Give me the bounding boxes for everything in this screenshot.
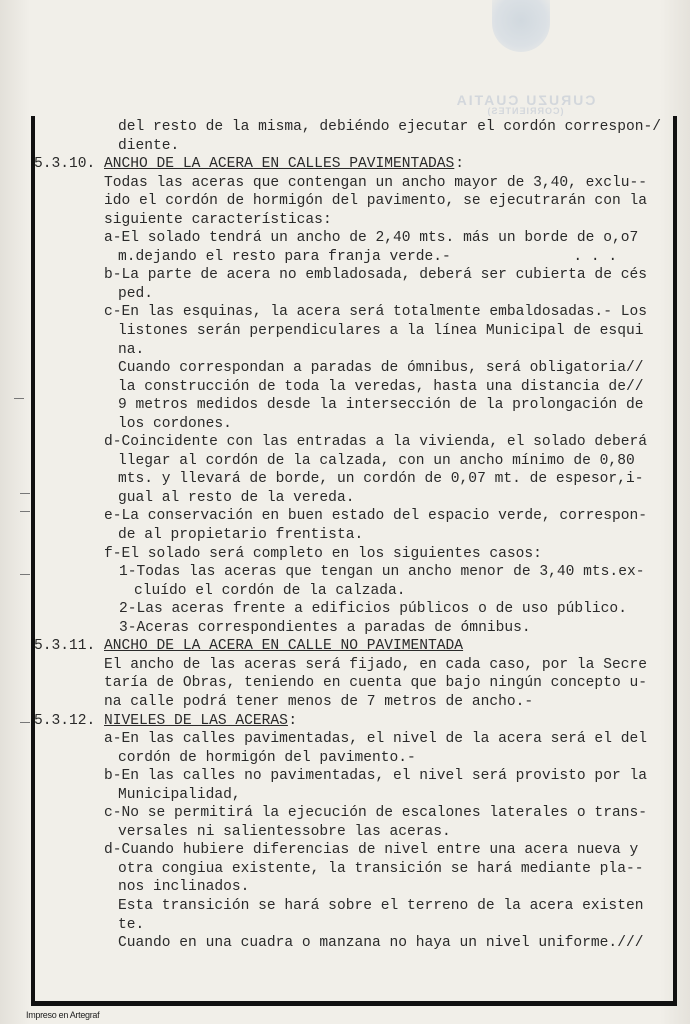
text-line: taría de Obras, teniendo en cuenta que b… (34, 674, 680, 693)
text-line: siguiente características: (34, 211, 680, 230)
line-text: nos inclinados. (34, 878, 249, 897)
text-line: d-Cuando hubiere diferencias de nivel en… (34, 841, 680, 860)
line-text: a-En las calles pavimentadas, el nivel d… (34, 730, 647, 749)
line-text: diente. (34, 137, 179, 156)
margin-mark (20, 511, 30, 512)
text-line: 1-Todas las aceras que tengan un ancho m… (34, 563, 680, 582)
margin-mark (20, 493, 30, 494)
printer-imprint: Impreso en Artegraf (26, 1010, 99, 1020)
text-line: Cuando correspondan a paradas de ómnibus… (34, 359, 680, 378)
text-line: 2-Las aceras frente a edificios públicos… (34, 600, 680, 619)
line-text: 1-Todas las aceras que tengan un ancho m… (34, 563, 644, 582)
line-text: na. (34, 341, 144, 360)
line-text: cordón de hormigón del pavimento.- (34, 749, 416, 768)
heading-colon: : (455, 155, 464, 174)
line-text: ido el cordón de hormigón del pavimento,… (34, 192, 647, 211)
text-line: d-Coincidente con las entradas a la vivi… (34, 433, 680, 452)
text-line: ped. (34, 285, 680, 304)
text-line: cluído el cordón de la calzada. (34, 582, 680, 601)
text-line: nos inclinados. (34, 878, 680, 897)
line-text: taría de Obras, teniendo en cuenta que b… (34, 674, 647, 693)
line-text: la construcción de toda la veredas, hast… (34, 378, 643, 397)
text-line: cordón de hormigón del pavimento.- (34, 749, 680, 768)
line-text: a-El solado tendrá un ancho de 2,40 mts.… (34, 229, 638, 248)
line-text: d-Cuando hubiere diferencias de nivel en… (34, 841, 638, 860)
text-line: m.dejando el resto para franja verde.- .… (34, 248, 680, 267)
line-text: El ancho de las aceras será fijado, en c… (34, 656, 647, 675)
text-line: b-La parte de acera no embladosada, debe… (34, 266, 680, 285)
margin-mark (14, 398, 24, 399)
text-line: a-El solado tendrá un ancho de 2,40 mts.… (34, 229, 680, 248)
text-line: otra congiua existente, la transición se… (34, 860, 680, 879)
line-text: gual al resto de la vereda. (34, 489, 354, 508)
text-line: mts. y llevará de borde, un cordón de 0,… (34, 470, 680, 489)
section-heading-line: 5.3.10.ANCHO DE LA ACERA EN CALLES PAVIM… (34, 155, 680, 174)
text-line: los cordones. (34, 415, 680, 434)
line-text: Esta transición se hará sobre el terreno… (34, 897, 643, 916)
text-line: Cuando en una cuadra o manzana no haya u… (34, 934, 680, 953)
line-text: 9 metros medidos desde la intersección d… (34, 396, 643, 415)
text-line: versales ni salientessobre las aceras. (34, 823, 680, 842)
heading-colon: : (288, 712, 297, 731)
line-text: 3-Aceras correspondientes a paradas de ó… (34, 619, 531, 638)
text-line: 3-Aceras correspondientes a paradas de ó… (34, 619, 680, 638)
text-line: na. (34, 341, 680, 360)
text-line: diente. (34, 137, 680, 156)
text-line: listones serán perpendiculares a la líne… (34, 322, 680, 341)
text-line: Esta transición se hará sobre el terreno… (34, 897, 680, 916)
section-number: 5.3.10. (34, 155, 95, 174)
text-line: Todas las aceras que contengan un ancho … (34, 174, 680, 193)
margin-mark (20, 722, 30, 723)
section-heading-line: 5.3.11.ANCHO DE LA ACERA EN CALLE NO PAV… (34, 637, 680, 656)
line-text: listones serán perpendiculares a la líne… (34, 322, 643, 341)
line-text: d-Coincidente con las entradas a la vivi… (34, 433, 647, 452)
line-text: versales ni salientessobre las aceras. (34, 823, 451, 842)
text-line: c-En las esquinas, la acera será totalme… (34, 303, 680, 322)
text-line: la construcción de toda la veredas, hast… (34, 378, 680, 397)
text-line: ido el cordón de hormigón del pavimento,… (34, 192, 680, 211)
line-text: los cordones. (34, 415, 232, 434)
section-heading: ANCHO DE LA ACERA EN CALLES PAVIMENTADAS (104, 155, 454, 174)
line-text: otra congiua existente, la transición se… (34, 860, 643, 879)
text-line: gual al resto de la vereda. (34, 489, 680, 508)
line-text: c-No se permitirá la ejecución de escalo… (34, 804, 647, 823)
text-line: 9 metros medidos desde la intersección d… (34, 396, 680, 415)
section-number: 5.3.12. (34, 712, 95, 731)
line-text: llegar al cordón de la calzada, con un a… (34, 452, 635, 471)
text-line: de al propietario frentista. (34, 526, 680, 545)
margin-mark (20, 574, 30, 575)
text-line: te. (34, 916, 680, 935)
line-text: Cuando en una cuadra o manzana no haya u… (34, 934, 643, 953)
line-text: f-El solado será completo en los siguien… (34, 545, 542, 564)
line-text: na calle podrá tener menos de 7 metros d… (34, 693, 533, 712)
text-line: El ancho de las aceras será fijado, en c… (34, 656, 680, 675)
municipal-seal-icon (492, 0, 550, 52)
section-heading: NIVELES DE LAS ACERAS (104, 712, 288, 731)
section-number: 5.3.11. (34, 637, 95, 656)
line-text: Todas las aceras que contengan un ancho … (34, 174, 647, 193)
line-text: b-En las calles no pavimentadas, el nive… (34, 767, 647, 786)
line-text: 2-Las aceras frente a edificios públicos… (34, 600, 627, 619)
line-text: Municipalidad, (34, 786, 241, 805)
letterhead-show-through: CURUZU CUATIA (CORRIENTES) (450, 92, 600, 116)
text-line: del resto de la misma, debiéndo ejecutar… (34, 118, 680, 137)
line-text: del resto de la misma, debiéndo ejecutar… (34, 118, 661, 137)
line-text: de al propietario frentista. (34, 526, 363, 545)
line-text: b-La parte de acera no embladosada, debe… (34, 266, 647, 285)
text-line: b-En las calles no pavimentadas, el nive… (34, 767, 680, 786)
text-line: e-La conservación en buen estado del esp… (34, 507, 680, 526)
text-line: na calle podrá tener menos de 7 metros d… (34, 693, 680, 712)
line-text: ped. (34, 285, 153, 304)
line-text: cluído el cordón de la calzada. (34, 582, 406, 601)
section-heading: ANCHO DE LA ACERA EN CALLE NO PAVIMENTAD… (104, 637, 463, 656)
text-line: f-El solado será completo en los siguien… (34, 545, 680, 564)
line-text: e-La conservación en buen estado del esp… (34, 507, 647, 526)
line-text: siguiente características: (34, 211, 332, 230)
text-line: llegar al cordón de la calzada, con un a… (34, 452, 680, 471)
document-body: del resto de la misma, debiéndo ejecutar… (34, 118, 680, 953)
line-text: mts. y llevará de borde, un cordón de 0,… (34, 470, 643, 489)
line-text: Cuando correspondan a paradas de ómnibus… (34, 359, 643, 378)
line-text: m.dejando el resto para franja verde.- .… (34, 248, 617, 267)
line-text: c-En las esquinas, la acera será totalme… (34, 303, 647, 322)
text-line: a-En las calles pavimentadas, el nivel d… (34, 730, 680, 749)
section-heading-line: 5.3.12.NIVELES DE LAS ACERAS: (34, 712, 680, 731)
line-text: te. (34, 916, 144, 935)
text-line: c-No se permitirá la ejecución de escalo… (34, 804, 680, 823)
text-line: Municipalidad, (34, 786, 680, 805)
